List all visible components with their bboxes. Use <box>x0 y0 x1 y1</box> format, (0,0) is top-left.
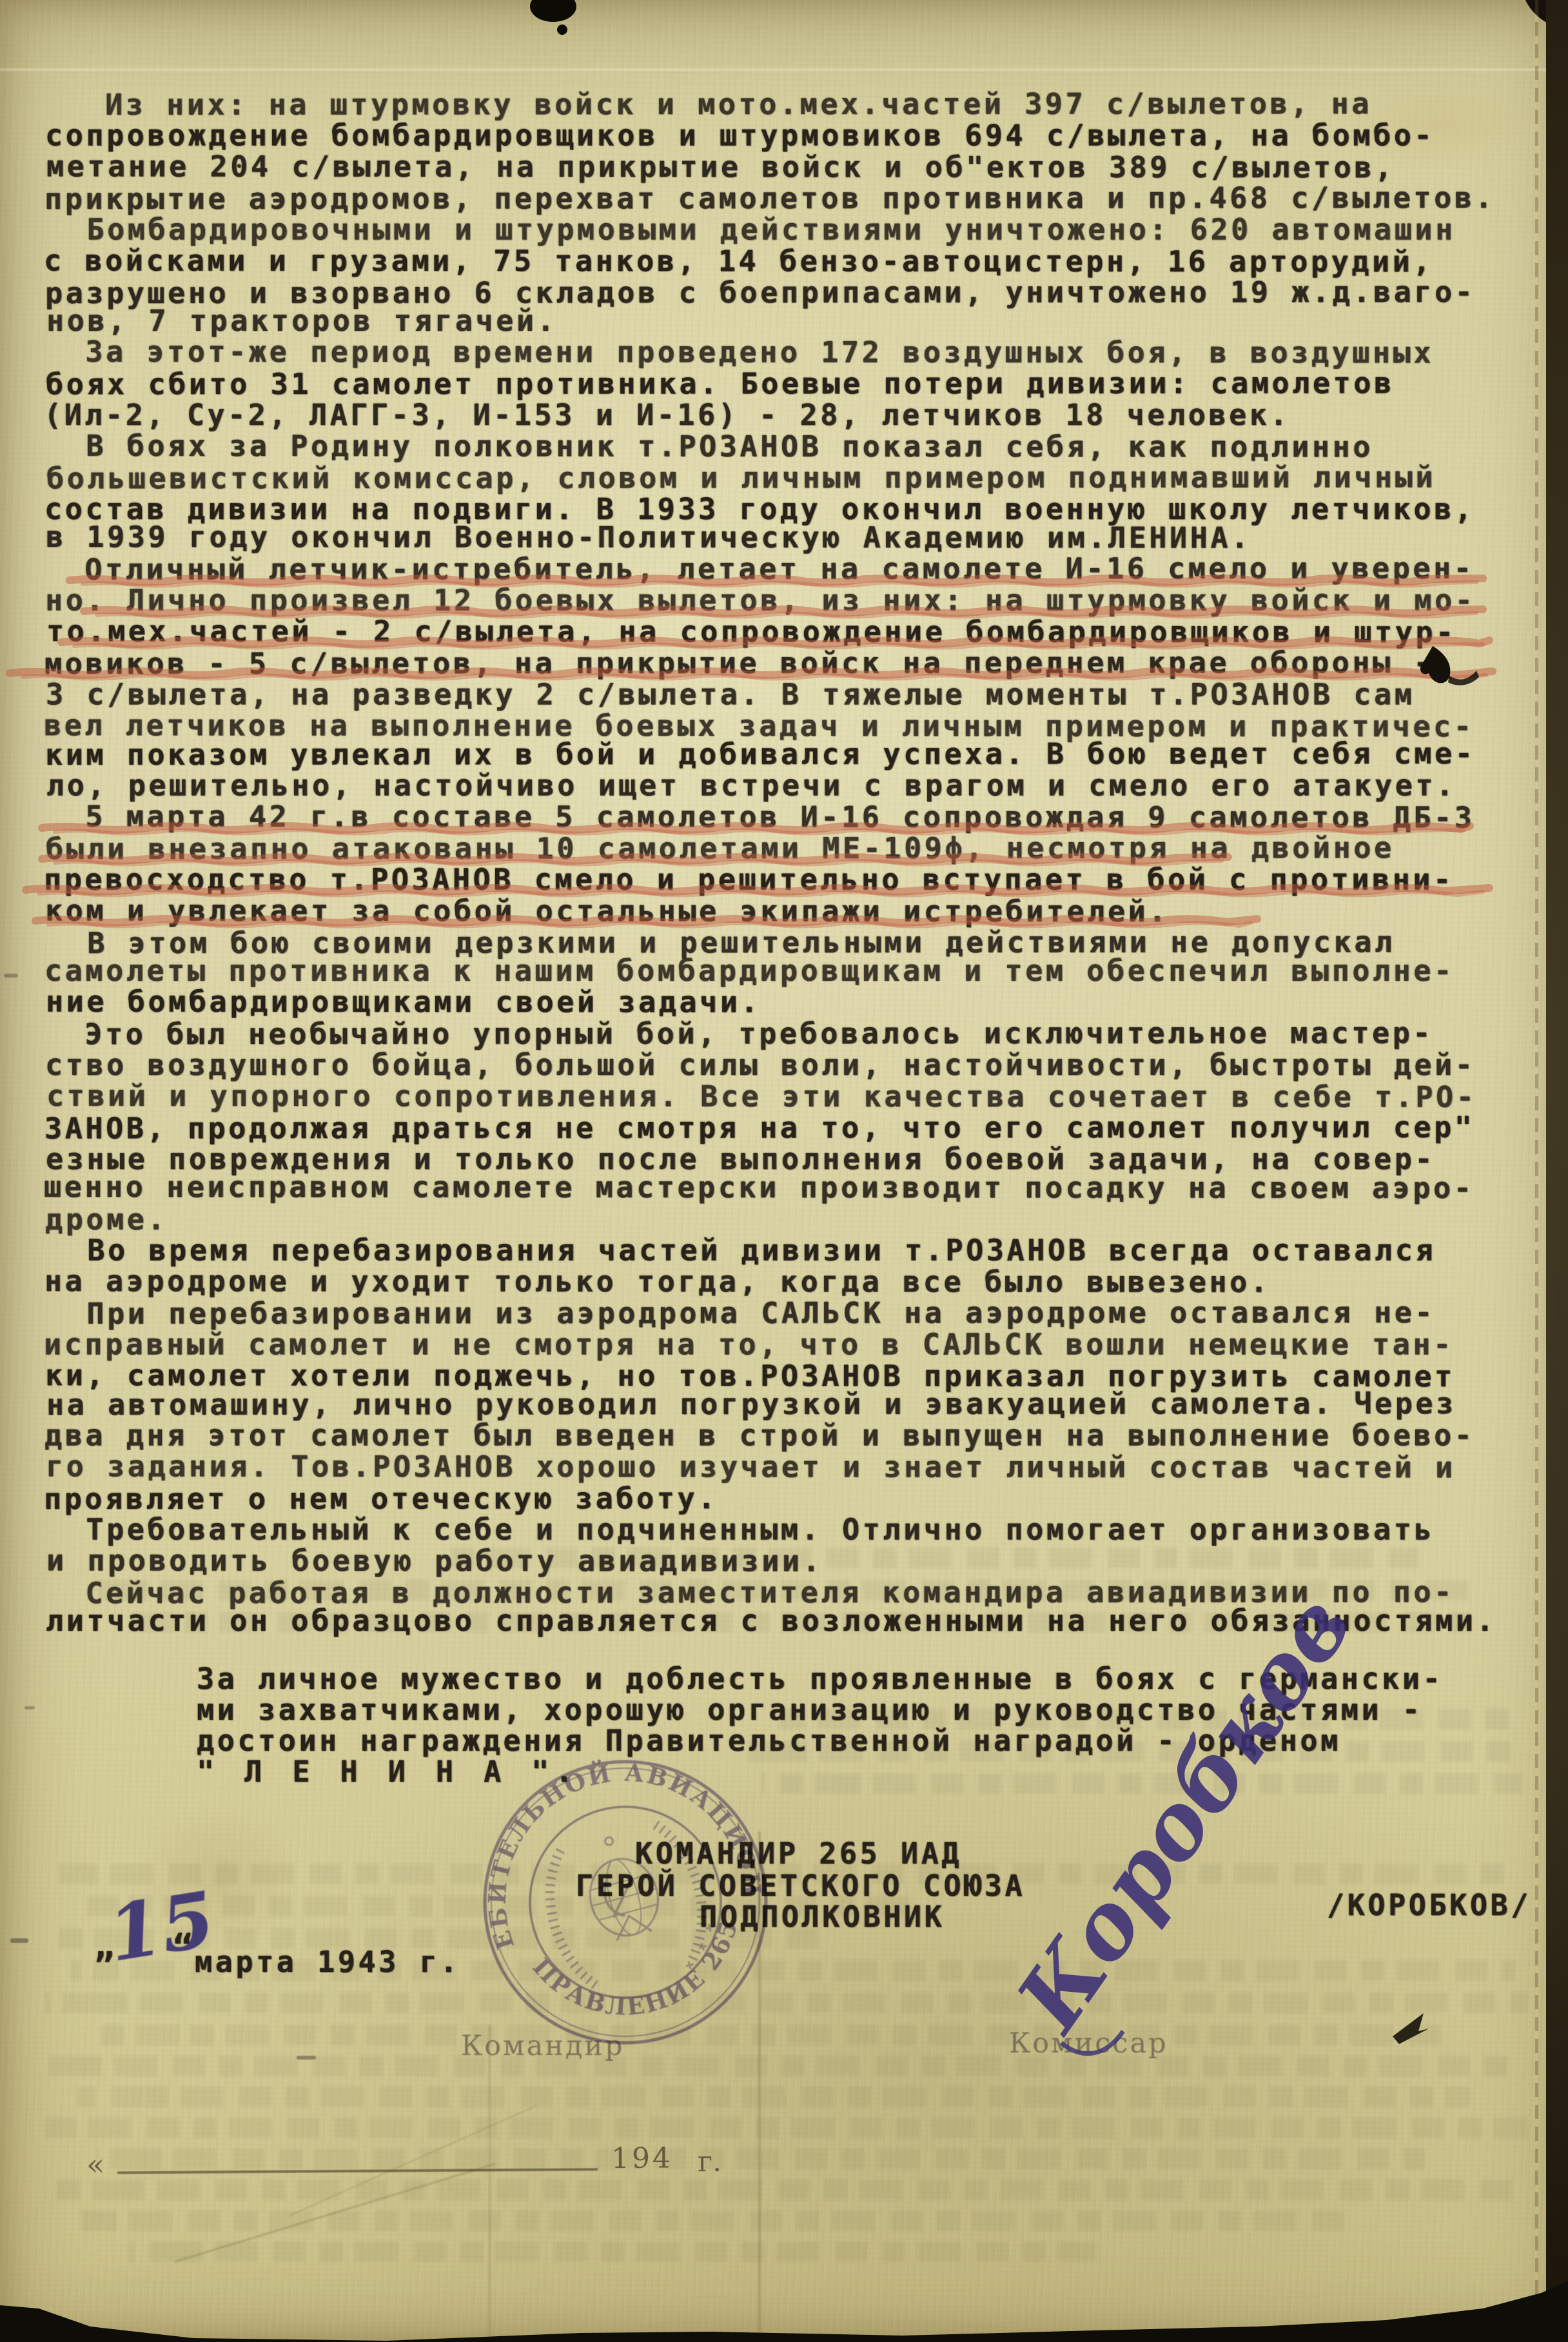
blank-year-line: « 194 г. <box>84 2137 793 2187</box>
bleedthrough-row <box>45 2118 1528 2138</box>
date-close-quote: “ <box>173 1928 196 1967</box>
typed-line: прикрытие аэродромов, перехват самолетов… <box>44 182 1495 215</box>
citation-line: За личное мужество и доблесть проявленны… <box>197 1664 1443 1695</box>
typed-line: ким показом увлекал их в бой и добивался… <box>45 738 1496 771</box>
typed-line: сопровождение бомбардировщиков и штурмов… <box>45 121 1496 152</box>
typed-line: литчасти он образцово справляется с возл… <box>46 1606 1496 1637</box>
typed-line: мовиков - 5 с/вылетов, на прикрытие войс… <box>44 647 1495 680</box>
typed-line: ком и увлекает за собой остальные экипаж… <box>45 895 1496 927</box>
typed-line: ло, решительно, настойчиво ищет встречи … <box>46 771 1497 802</box>
typed-line: дроме. <box>45 1203 1496 1235</box>
right-fold-crease <box>1535 0 1538 2342</box>
typed-line: ние бомбардировщиками своей задачи. <box>46 987 1496 1019</box>
typed-line: превосходство т.РОЗАНОВ смело и решитель… <box>44 865 1494 896</box>
typed-line: на автомашину, лично руководил погрузкой… <box>46 1388 1497 1421</box>
typed-line: самолеты противника к нашим бомбардировщ… <box>44 956 1495 987</box>
typed-line: В боях за Родину полковник т.РОЗАНОВ пок… <box>45 431 1496 463</box>
typed-line: нов, 7 тракторов тягачей. <box>46 306 1497 337</box>
bleedthrough-row <box>77 2210 1354 2231</box>
typed-line: 3 с/вылета, на разведку 2 с/вылета. В тя… <box>46 679 1496 710</box>
typed-line: Требовательный к себе и подчиненным. Отл… <box>45 1515 1496 1546</box>
bleedthrough-row <box>77 2087 1470 2107</box>
typed-line: Во время перебазирования частей дивизии … <box>46 1235 1497 1266</box>
typed-line: боях сбито 31 самолет противника. Боевые… <box>46 368 1496 400</box>
typed-line: Бомбардировочными и штурмовыми действиям… <box>46 215 1496 246</box>
typed-line: с войсками и грузами, 75 танков, 14 бенз… <box>44 245 1494 277</box>
typed-line: на аэродроме и уходит только тогда, когд… <box>44 1266 1495 1298</box>
citation-line: ми захватчиками, хорошую организацию и р… <box>197 1695 1443 1726</box>
typed-line: но. Лично произвел 12 боевых вылетов, из… <box>45 585 1496 616</box>
typed-line: два дня этот самолет был введен в строй … <box>44 1421 1495 1451</box>
division-round-stamp: ИСТРЕБИТЕЛЬНОЙ АВИАЦИОННОЙ УПРАВЛЕНИЕ 26… <box>445 1722 806 2083</box>
margin-speck <box>10 1938 28 1943</box>
margin-speck <box>297 2056 316 2060</box>
typed-line: ствий и упорного сопротивления. Все эти … <box>46 1081 1497 1113</box>
horizontal-crease <box>0 68 1568 71</box>
typed-line: За этот-же период времени проведено 172 … <box>44 337 1495 369</box>
typed-line: исправный самолет и не смотря на то, что… <box>44 1329 1494 1360</box>
year-open-quote: « <box>86 2147 105 2182</box>
order-name-line: " Л Е Н И Н А ". <box>197 1757 1443 1787</box>
typed-line: (Ил-2, Су-2, ЛАГГ-3, И-153 и И-16) - 28,… <box>44 400 1494 431</box>
typed-body-text: Из них: на штурмовку войск и мото.мех.ча… <box>45 90 1496 1638</box>
scanned-document-page: Из них: на штурмовку войск и мото.мех.ча… <box>0 0 1568 2342</box>
typed-line: Из них: на штурмовку войск и мото.мех.ча… <box>44 88 1494 121</box>
typed-line: шенно неисправном самолете мастерски про… <box>44 1172 1494 1204</box>
citation-line: достоин награждения Правительственной на… <box>197 1726 1443 1757</box>
typed-line: ЗАНОВ, продолжая драться не смотря на то… <box>44 1112 1495 1144</box>
typed-line: то.мех.частей - 2 с/вылета, на сопровожд… <box>46 616 1497 648</box>
award-citation-block: За личное мужество и доблесть проявленны… <box>197 1664 1443 1787</box>
page-right-edge <box>1546 0 1568 2342</box>
year-suffix: г. <box>698 2145 721 2178</box>
margin-speck <box>4 974 18 978</box>
typed-line: проявляет о нем отеческую заботу. <box>44 1482 1494 1515</box>
margin-speck <box>24 1706 35 1709</box>
typed-line: ство воздушного бойца, большой силы воли… <box>45 1050 1496 1081</box>
typed-line: Отличный летчик-истребитель, летает на с… <box>44 553 1494 585</box>
typed-line: При перебазировании из аэродрома САЛЬСК … <box>46 1297 1496 1330</box>
signer-name-typed: /КОРОБКОВ/ <box>1327 1888 1531 1922</box>
handwritten-signature: Коробков <box>995 1575 1371 2054</box>
typed-line: метание 204 с/вылета, на прикрытие войск… <box>46 151 1497 183</box>
typed-line: были внезапно атакованы 10 самолетами МЕ… <box>46 832 1496 865</box>
typed-line: и проводить боевую работу авиадивизии. <box>46 1545 1497 1577</box>
form-label-commissar: Комиссар <box>1009 2027 1168 2060</box>
typed-line: большевистский комиссар, словом и личным… <box>46 462 1497 494</box>
date-typed-text: марта 1943 г. <box>195 1945 460 1979</box>
typed-line: Это был необычайно упорный бой, требовал… <box>44 1018 1494 1050</box>
bleedthrough-row <box>129 2241 1096 2262</box>
ink-blot-top <box>530 0 576 35</box>
typed-line: го задания. Тов.РОЗАНОВ хорошо изучает и… <box>46 1451 1496 1483</box>
typed-line: в 1939 году окончил Военно-Политическую … <box>46 522 1496 554</box>
year-prefix: 194 <box>611 2141 673 2175</box>
blank-underline <box>117 2168 598 2174</box>
typed-line: 5 марта 42 г.в составе 5 самолетов И-16 … <box>44 801 1495 833</box>
